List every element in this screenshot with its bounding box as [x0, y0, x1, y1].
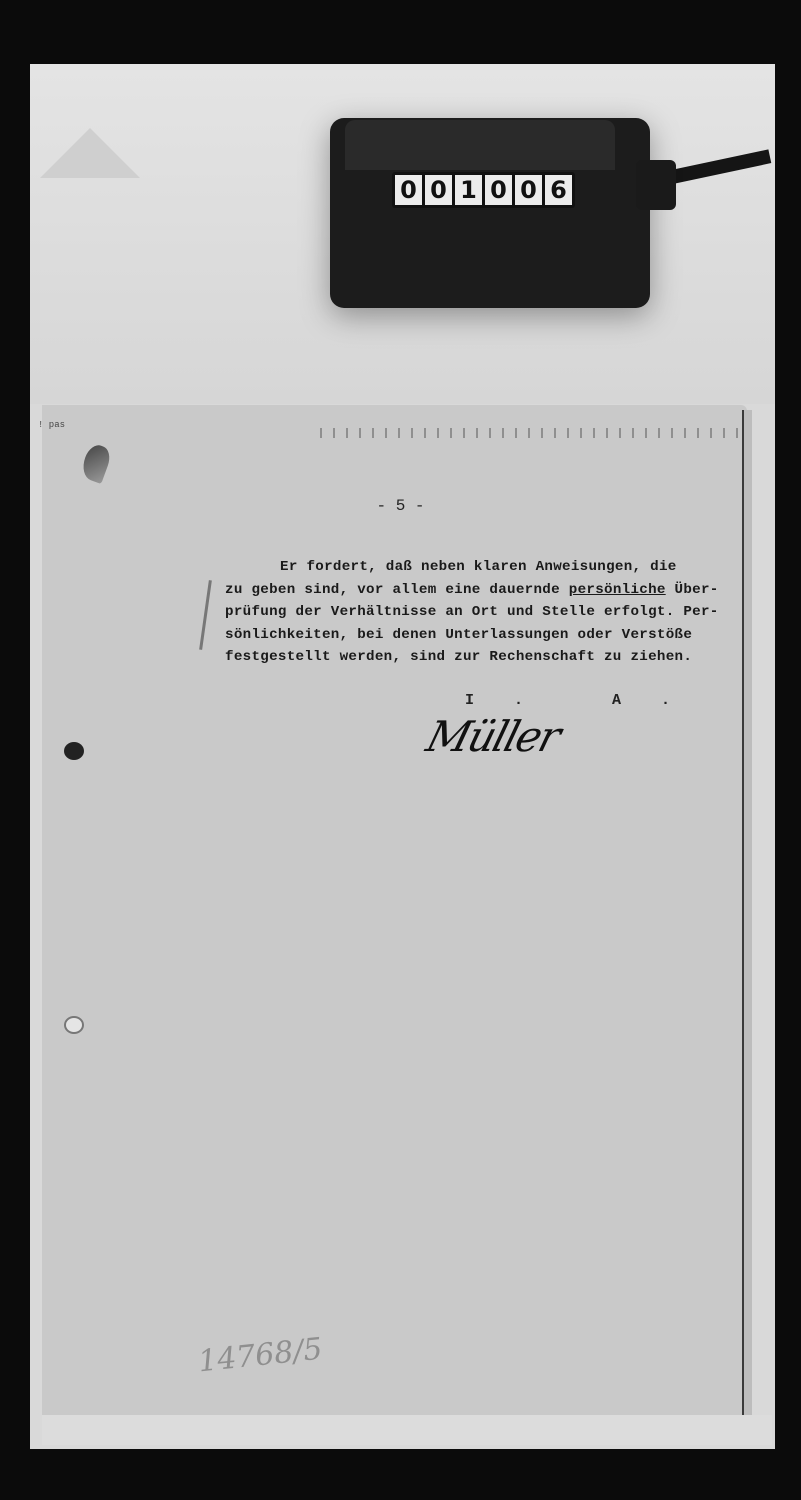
text-line: zu geben sind, vor allem eine dauernde p… — [225, 579, 725, 602]
text-line: festgestellt werden, sind zur Rechenscha… — [225, 646, 725, 669]
punch-hole — [64, 742, 84, 760]
counter-digit: 0 — [485, 175, 512, 205]
underlined-word: persönliche — [569, 582, 666, 598]
perforation-marks — [320, 428, 740, 438]
counter-digit: 6 — [545, 175, 572, 205]
mount-bottom-strip — [42, 1415, 772, 1445]
closing-ia: I. A. — [465, 692, 710, 709]
frame-counter-display: 0 0 1 0 0 6 — [392, 172, 575, 208]
signature: Müller — [421, 712, 564, 761]
text-line: prüfung der Verhältnisse an Ort und Stel… — [225, 601, 725, 624]
text-line: Er fordert, daß neben klaren Anweisungen… — [225, 556, 725, 579]
counter-housing — [345, 120, 615, 170]
text-line: sönlichkeiten, bei denen Unterlassungen … — [225, 624, 725, 647]
counter-side-knob — [636, 160, 676, 210]
page-edge — [742, 410, 752, 1440]
counter-digit: 0 — [515, 175, 542, 205]
punch-hole — [64, 1016, 84, 1034]
body-paragraph: Er fordert, daß neben klaren Anweisungen… — [225, 556, 725, 669]
counter-digit: 0 — [395, 175, 422, 205]
counter-digit: 0 — [425, 175, 452, 205]
counter-digit: 1 — [455, 175, 482, 205]
corner-mark: ! pas — [38, 420, 65, 430]
photo-corner — [40, 128, 140, 178]
page-number: - 5 - — [0, 497, 801, 515]
